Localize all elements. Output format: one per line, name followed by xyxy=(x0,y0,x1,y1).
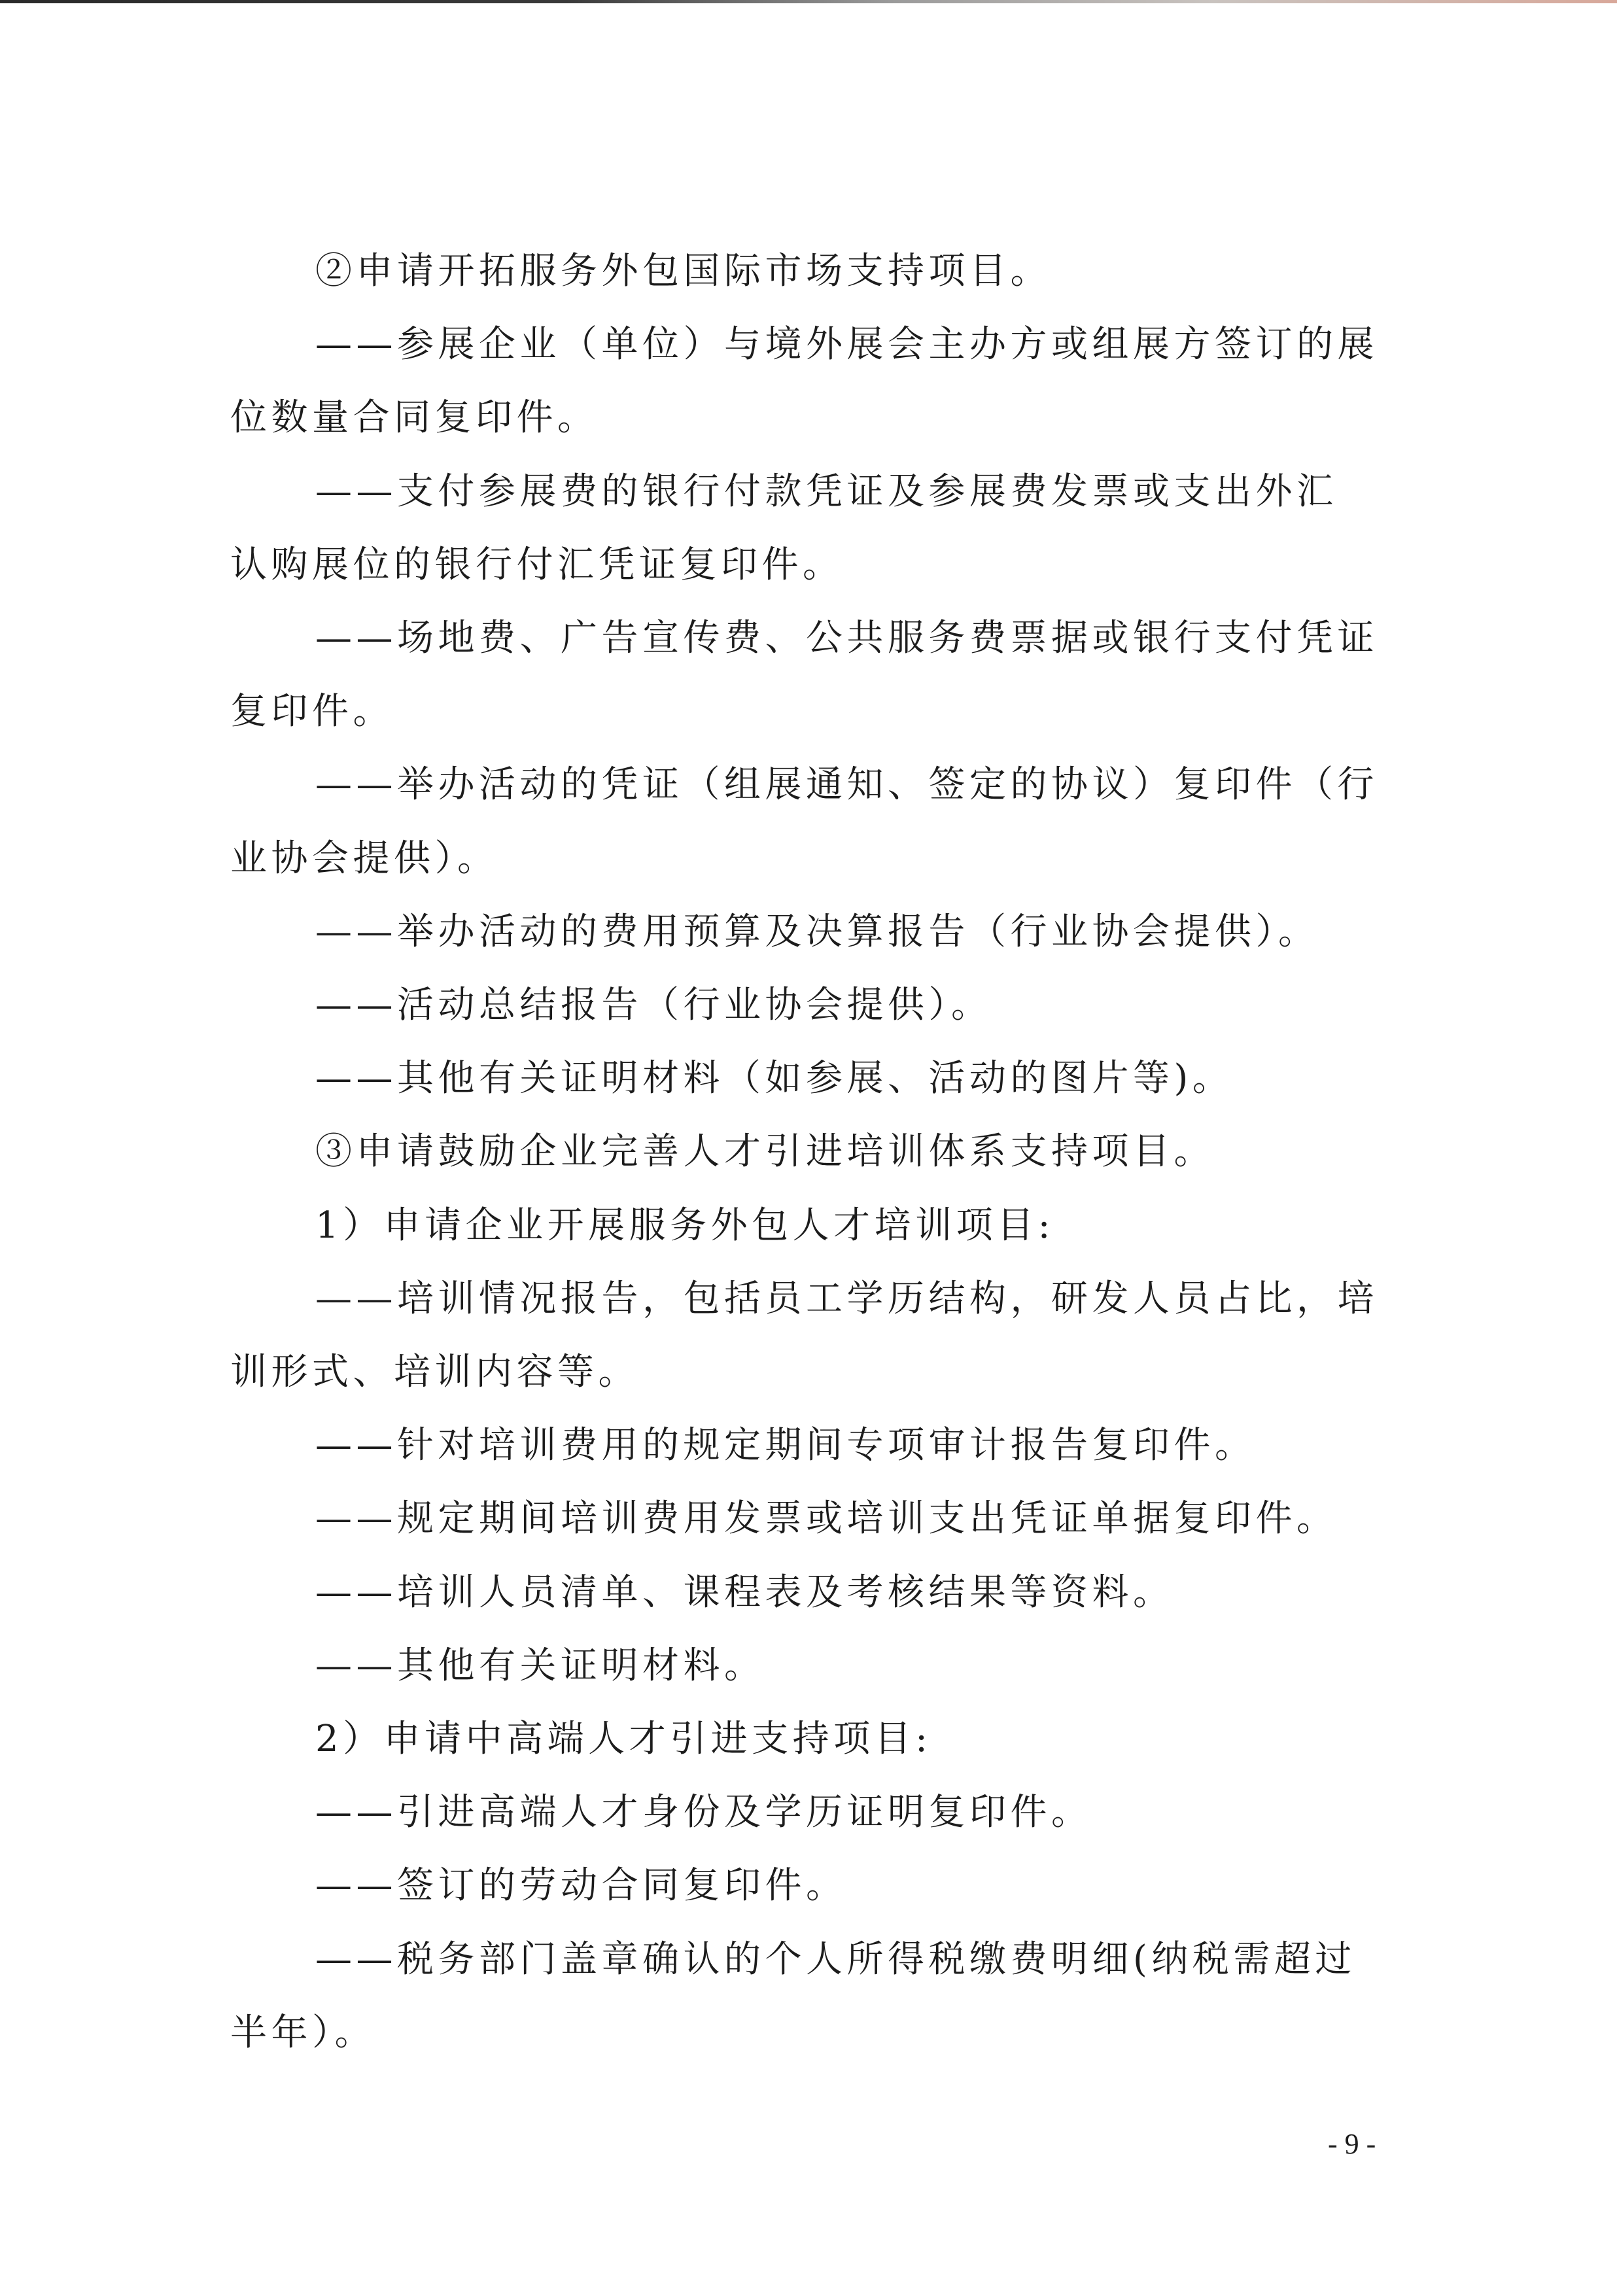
section-heading-international-market: ②申请开拓服务外包国际市场支持项目。 xyxy=(315,235,1051,308)
list-item-continuation: 训形式、培训内容等。 xyxy=(230,1336,639,1409)
list-item: ——针对培训费用的规定期间专项审计报告复印件。 xyxy=(315,1409,1256,1482)
list-item: ——培训人员清单、课程表及考核结果等资料。 xyxy=(315,1556,1174,1629)
list-item-continuation: 位数量合同复印件。 xyxy=(230,381,599,455)
subsection-heading-high-end-talent: 2）申请中高端人才引进支持项目: xyxy=(315,1703,932,1776)
list-item-continuation: 业协会提供）。 xyxy=(230,822,498,896)
list-item: ——举办活动的凭证（组展通知、签定的协议）复印件（行 xyxy=(315,748,1378,822)
list-item: ——参展企业（单位）与境外展会主办方或组展方签订的展 xyxy=(315,308,1378,381)
list-item: ——支付参展费的银行付款凭证及参展费发票或支出外汇 xyxy=(315,455,1338,529)
page-number: - 9 - xyxy=(1328,2127,1376,2161)
document-page: ②申请开拓服务外包国际市场支持项目。 ——参展企业（单位）与境外展会主办方或组展… xyxy=(0,0,1617,2296)
list-item: ——引进高端人才身份及学历证明复印件。 xyxy=(315,1776,1092,1849)
list-item: ——活动总结报告（行业协会提供）。 xyxy=(315,969,992,1042)
subsection-heading-outsourcing-training: 1）申请企业开展服务外包人才培训项目: xyxy=(315,1189,1054,1262)
list-item: ——签订的劳动合同复印件。 xyxy=(315,1849,847,1922)
list-item: ——场地费、广告宣传费、公共服务费票据或银行支付凭证 xyxy=(315,602,1378,675)
list-item: ——其他有关证明材料。 xyxy=(315,1629,765,1703)
list-item: ——税务部门盖章确认的个人所得税缴费明细(纳税需超过 xyxy=(315,1923,1356,1996)
list-item: ——举办活动的费用预算及决算报告（行业协会提供）。 xyxy=(315,896,1319,969)
list-item-continuation: 复印件。 xyxy=(230,675,394,748)
list-item-continuation: 认购展位的银行付汇凭证复印件。 xyxy=(230,529,844,602)
list-item-continuation: 半年）。 xyxy=(230,1996,375,2070)
list-item: ——规定期间培训费用发票或培训支出凭证单据复印件。 xyxy=(315,1482,1338,1556)
section-heading-talent-training: ③申请鼓励企业完善人才引进培训体系支持项目。 xyxy=(315,1115,1215,1189)
list-item: ——培训情况报告，包括员工学历结构，研发人员占比，培 xyxy=(315,1262,1378,1336)
list-item: ——其他有关证明材料（如参展、活动的图片等)。 xyxy=(315,1042,1233,1115)
